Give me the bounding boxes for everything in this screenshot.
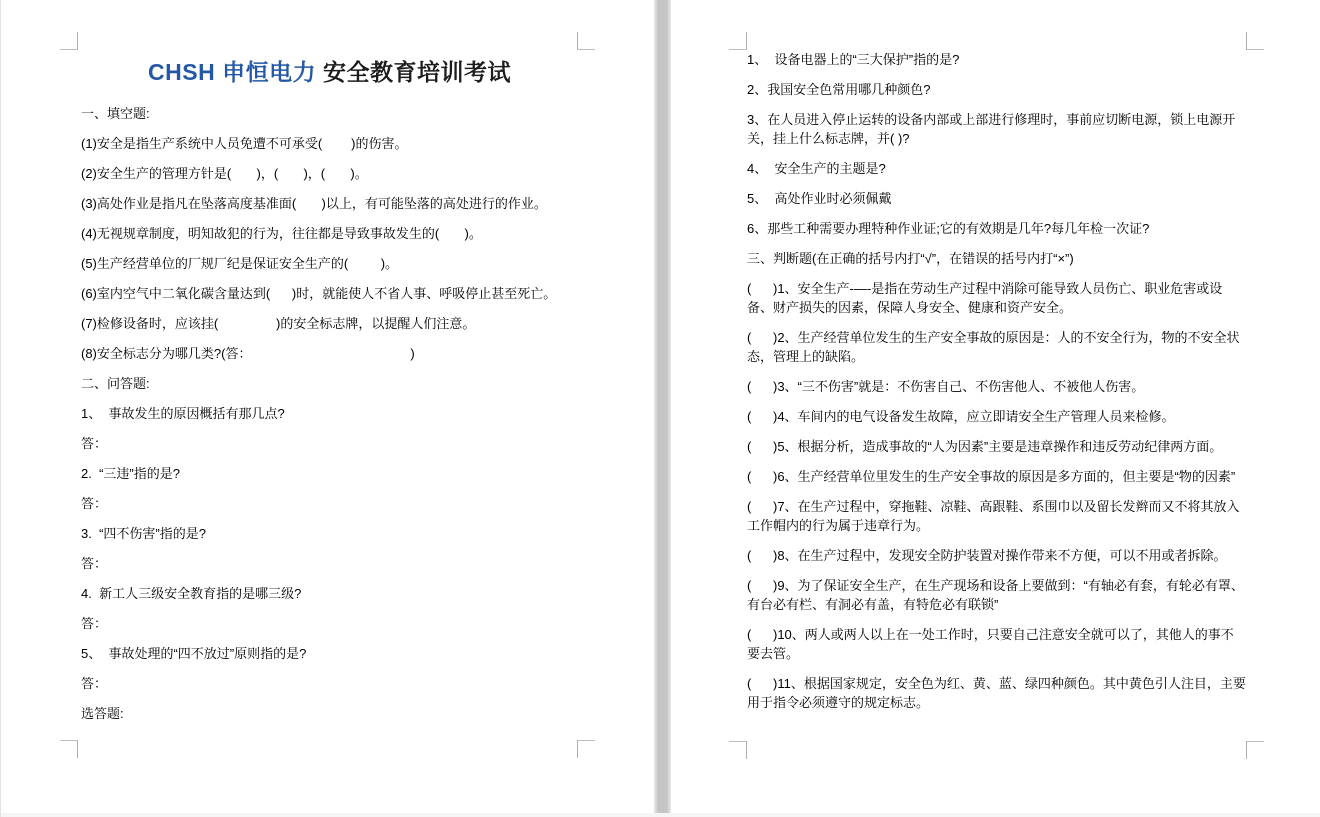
paragraph: ( )8、在生产过程中，发现安全防护装置对操作带来不方便，可以不用或者拆除。 (747, 546, 1246, 565)
exam-title: 安全教育培训考试 (316, 59, 511, 85)
paragraph: (6)室内空气中二氧化碳含量达到( )时，就能使人不省人事、呼吸停止甚至死亡。 (81, 284, 578, 303)
paragraph: 4、 安全生产的主题是? (747, 159, 1246, 178)
page2-paragraphs: 1、 设备电器上的“三大保护”指的是?2、我国安全色常用哪几种颜色?3、在人员进… (747, 50, 1246, 712)
paragraph: 4. 新工人三级安全教育指的是哪三级? (81, 584, 578, 603)
paragraph: 三、判断题(在正确的括号内打“√”，在错误的括号内打“×”) (747, 249, 1246, 268)
paragraph: 答： (81, 554, 578, 573)
page1-paragraphs: 一、填空题:(1)安全是指生产系统中人员免遭不可承受( )的伤害。(2)安全生产… (81, 104, 578, 723)
page-margin-mark (729, 741, 747, 759)
window-bottom-edge (1, 813, 1320, 817)
paragraph: ( )5、根据分析，造成事故的“人为因素”主要是违章操作和违反劳动纪律两方面。 (747, 437, 1246, 456)
page-margin-mark (60, 740, 78, 758)
paragraph: 3. “四不伤害”指的是? (81, 524, 578, 543)
paragraph: ( )3、“三不伤害”就是：不伤害自己、不伤害他人、不被他人伤害。 (747, 377, 1246, 396)
paragraph: 5、 事故处理的“四不放过”原则指的是? (81, 644, 578, 663)
paragraph: 答： (81, 494, 578, 513)
paragraph: 二、问答题: (81, 374, 578, 393)
company-name: CHSH 申恒电力 (148, 59, 316, 85)
paragraph: 答： (81, 674, 578, 693)
paragraph: ( )9、为了保证安全生产，在生产现场和设备上要做到：“有轴必有套，有轮必有罩、… (747, 576, 1246, 614)
page2-content: 1、 设备电器上的“三大保护”指的是?2、我国安全色常用哪几种颜色?3、在人员进… (747, 50, 1246, 723)
paragraph: 2、我国安全色常用哪几种颜色? (747, 80, 1246, 99)
paragraph: 选答题: (81, 704, 578, 723)
document-page-1[interactable]: CHSH 申恒电力 安全教育培训考试 一、填空题:(1)安全是指生产系统中人员免… (1, 0, 654, 817)
paragraph: 答： (81, 614, 578, 633)
paragraph: 2. “三违”指的是? (81, 464, 578, 483)
paragraph: ( )6、生产经营单位里发生的生产安全事故的原因是多方面的，但主要是“物的因素” (747, 467, 1246, 486)
paragraph: 1、 设备电器上的“三大保护”指的是? (747, 50, 1246, 69)
page-margin-mark (1246, 32, 1264, 50)
paragraph: ( )11、根据国家规定，安全色为红、黄、蓝、绿四种颜色。其中黄色引人注目，主要… (747, 674, 1246, 712)
paragraph: (4)无视规章制度，明知故犯的行为，往往都是导致事故发生的( )。 (81, 224, 578, 243)
document-view: { "colors": { "title_blue": "#2458a6", "… (0, 0, 1320, 817)
document-title: CHSH 申恒电力 安全教育培训考试 (81, 57, 578, 87)
page-margin-mark (729, 32, 747, 50)
paragraph: ( )7、在生产过程中，穿拖鞋、凉鞋、高跟鞋、系围巾以及留长发辫而又不将其放入工… (747, 497, 1246, 535)
paragraph: 答： (81, 434, 578, 453)
paragraph: ( )1、安全生产-—-是指在劳动生产过程中消除可能导致人员伤亡、职业危害或设备… (747, 279, 1246, 317)
paragraph: (5)生产经营单位的厂规厂纪是保证安全生产的( )。 (81, 254, 578, 273)
paragraph: 一、填空题: (81, 104, 578, 123)
paragraph: 1、 事故发生的原因概括有那几点? (81, 404, 578, 423)
paragraph: (7)检修设备时，应该挂( )的安全标志牌，以提醒人们注意。 (81, 314, 578, 333)
paragraph: 6、那些工种需要办理特种作业证;它的有效期是几年?每几年检一次证? (747, 219, 1246, 238)
page1-content: CHSH 申恒电力 安全教育培训考试 一、填空题:(1)安全是指生产系统中人员免… (81, 50, 578, 734)
paragraph: ( )4、车间内的电气设备发生故障，应立即请安全生产管理人员来检修。 (747, 407, 1246, 426)
paragraph: (1)安全是指生产系统中人员免遭不可承受( )的伤害。 (81, 134, 578, 153)
page-margin-mark (577, 32, 595, 50)
paragraph: ( )2、生产经营单位发生的生产安全事故的原因是：人的不安全行为，物的不安全状态… (747, 328, 1246, 366)
paragraph: 5、 高处作业时必须佩戴 (747, 189, 1246, 208)
page-separator (654, 0, 671, 817)
paragraph: (3)高处作业是指凡在坠落高度基准面( )以上，有可能坠落的高处进行的作业。 (81, 194, 578, 213)
paragraph: (2)安全生产的管理方针是( )，( )，( )。 (81, 164, 578, 183)
paragraph: ( )10、两人或两人以上在一处工作时，只要自己注意安全就可以了，其他人的事不要… (747, 625, 1246, 663)
document-page-2[interactable]: 1、 设备电器上的“三大保护”指的是?2、我国安全色常用哪几种颜色?3、在人员进… (671, 0, 1320, 817)
page-margin-mark (577, 740, 595, 758)
page-margin-mark (60, 32, 78, 50)
paragraph: (8)安全标志分为哪几类?(答： ) (81, 344, 578, 363)
page-margin-mark (1246, 741, 1264, 759)
paragraph: 3、在人员进入停止运转的设备内部或上部进行修理时，事前应切断电源，锁上电源开关，… (747, 110, 1246, 148)
